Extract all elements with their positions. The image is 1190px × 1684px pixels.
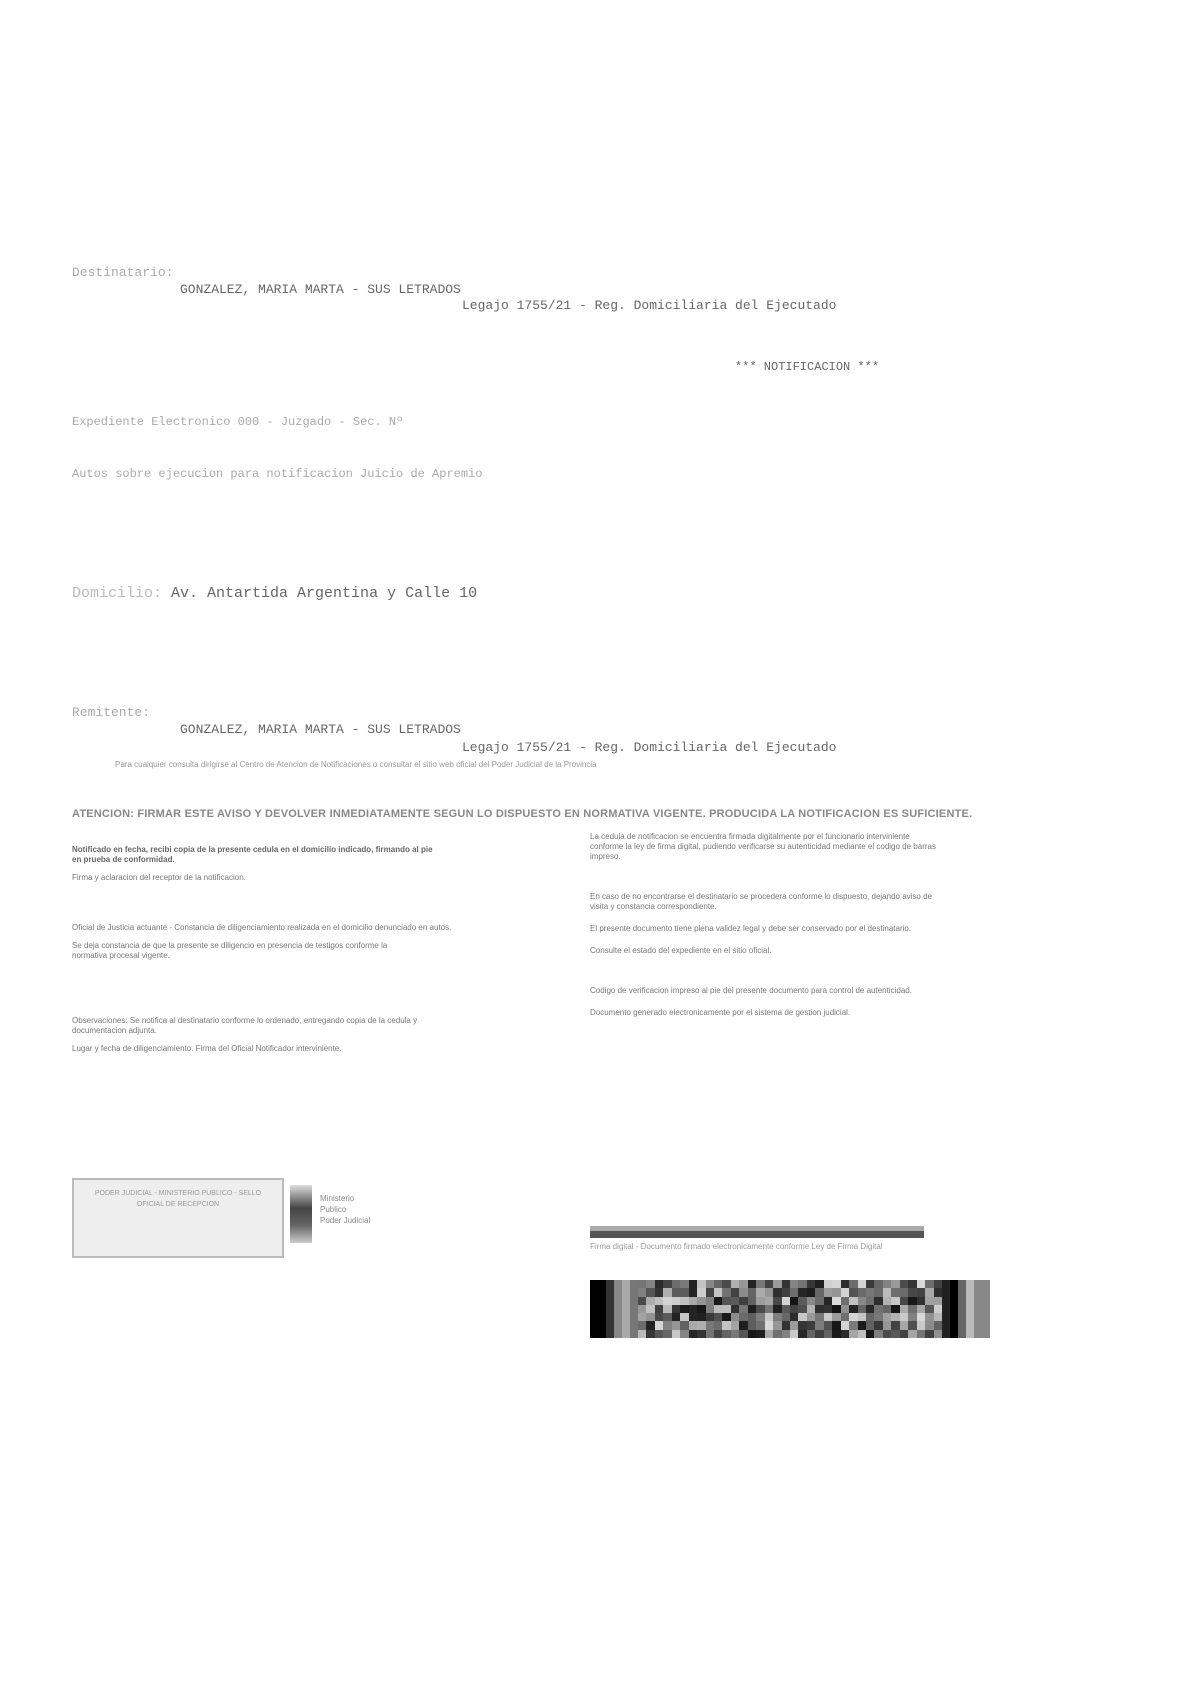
institution-logo: Ministerio Publico Poder Judicial bbox=[290, 1185, 470, 1245]
sender-label: Remitente: bbox=[72, 705, 150, 720]
right-column: La cedula de notificacion se encuentra f… bbox=[590, 832, 940, 1018]
signature-line bbox=[590, 1231, 924, 1238]
recipient-name: GONZALEZ, MARIA MARTA - SUS LETRADOS bbox=[180, 282, 461, 297]
address-value: Av. Antartida Argentina y Calle 10 bbox=[171, 585, 477, 602]
pdf417-barcode bbox=[590, 1280, 990, 1338]
left-paragraph: Notificado en fecha, recibi copia de la … bbox=[72, 845, 442, 865]
crest-icon bbox=[290, 1185, 312, 1243]
address-row: Domicilio: Av. Antartida Argentina y Cal… bbox=[72, 585, 477, 602]
left-paragraph: Lugar y fecha de diligenciamiento. Firma… bbox=[72, 1044, 422, 1054]
left-paragraph: Oficial de Justicia actuante - Constanci… bbox=[72, 923, 542, 933]
official-stamp: PODER JUDICIAL - MINISTERIO PUBLICO - SE… bbox=[72, 1178, 284, 1258]
logo-text: Ministerio Publico Poder Judicial bbox=[320, 1193, 370, 1226]
left-paragraph: Se deja constancia de que la presente se… bbox=[72, 941, 412, 961]
sender-detail: Legajo 1755/21 - Reg. Domiciliaria del E… bbox=[462, 740, 836, 755]
right-paragraph: Codigo de verificacion impreso al pie de… bbox=[590, 986, 940, 996]
left-paragraph: Observaciones: Se notifica al destinatar… bbox=[72, 1016, 422, 1036]
right-paragraph: Consulte el estado del expediente en el … bbox=[590, 946, 940, 956]
sender-name: GONZALEZ, MARIA MARTA - SUS LETRADOS bbox=[180, 722, 461, 737]
recipient-detail: Legajo 1755/21 - Reg. Domiciliaria del E… bbox=[462, 298, 836, 313]
bold-notice: ATENCION: FIRMAR ESTE AVISO Y DEVOLVER I… bbox=[72, 808, 972, 820]
case-line: Autos sobre ejecucion para notificacion … bbox=[72, 467, 482, 481]
right-paragraph: La cedula de notificacion se encuentra f… bbox=[590, 832, 940, 862]
stamp-text: PODER JUDICIAL - MINISTERIO PUBLICO - SE… bbox=[84, 1188, 272, 1248]
left-paragraph: Firma y aclaracion del receptor de la no… bbox=[72, 873, 542, 883]
court-line: Expediente Electronico 000 - Juzgado - S… bbox=[72, 415, 403, 429]
signature-caption: Firma digital - Documento firmado electr… bbox=[590, 1242, 883, 1251]
left-column: Notificado en fecha, recibi copia de la … bbox=[72, 845, 542, 1054]
address-label: Domicilio: bbox=[72, 585, 162, 602]
notice-title: *** NOTIFICACION *** bbox=[735, 360, 879, 374]
right-paragraph: En caso de no encontrarse el destinatari… bbox=[590, 892, 940, 912]
right-paragraph: El presente documento tiene plena valide… bbox=[590, 924, 940, 934]
sender-note: Para cualquier consulta dirigirse al Cen… bbox=[115, 760, 597, 769]
right-paragraph: Documento generado electronicamente por … bbox=[590, 1008, 940, 1018]
recipient-label: Destinatario: bbox=[72, 265, 173, 280]
